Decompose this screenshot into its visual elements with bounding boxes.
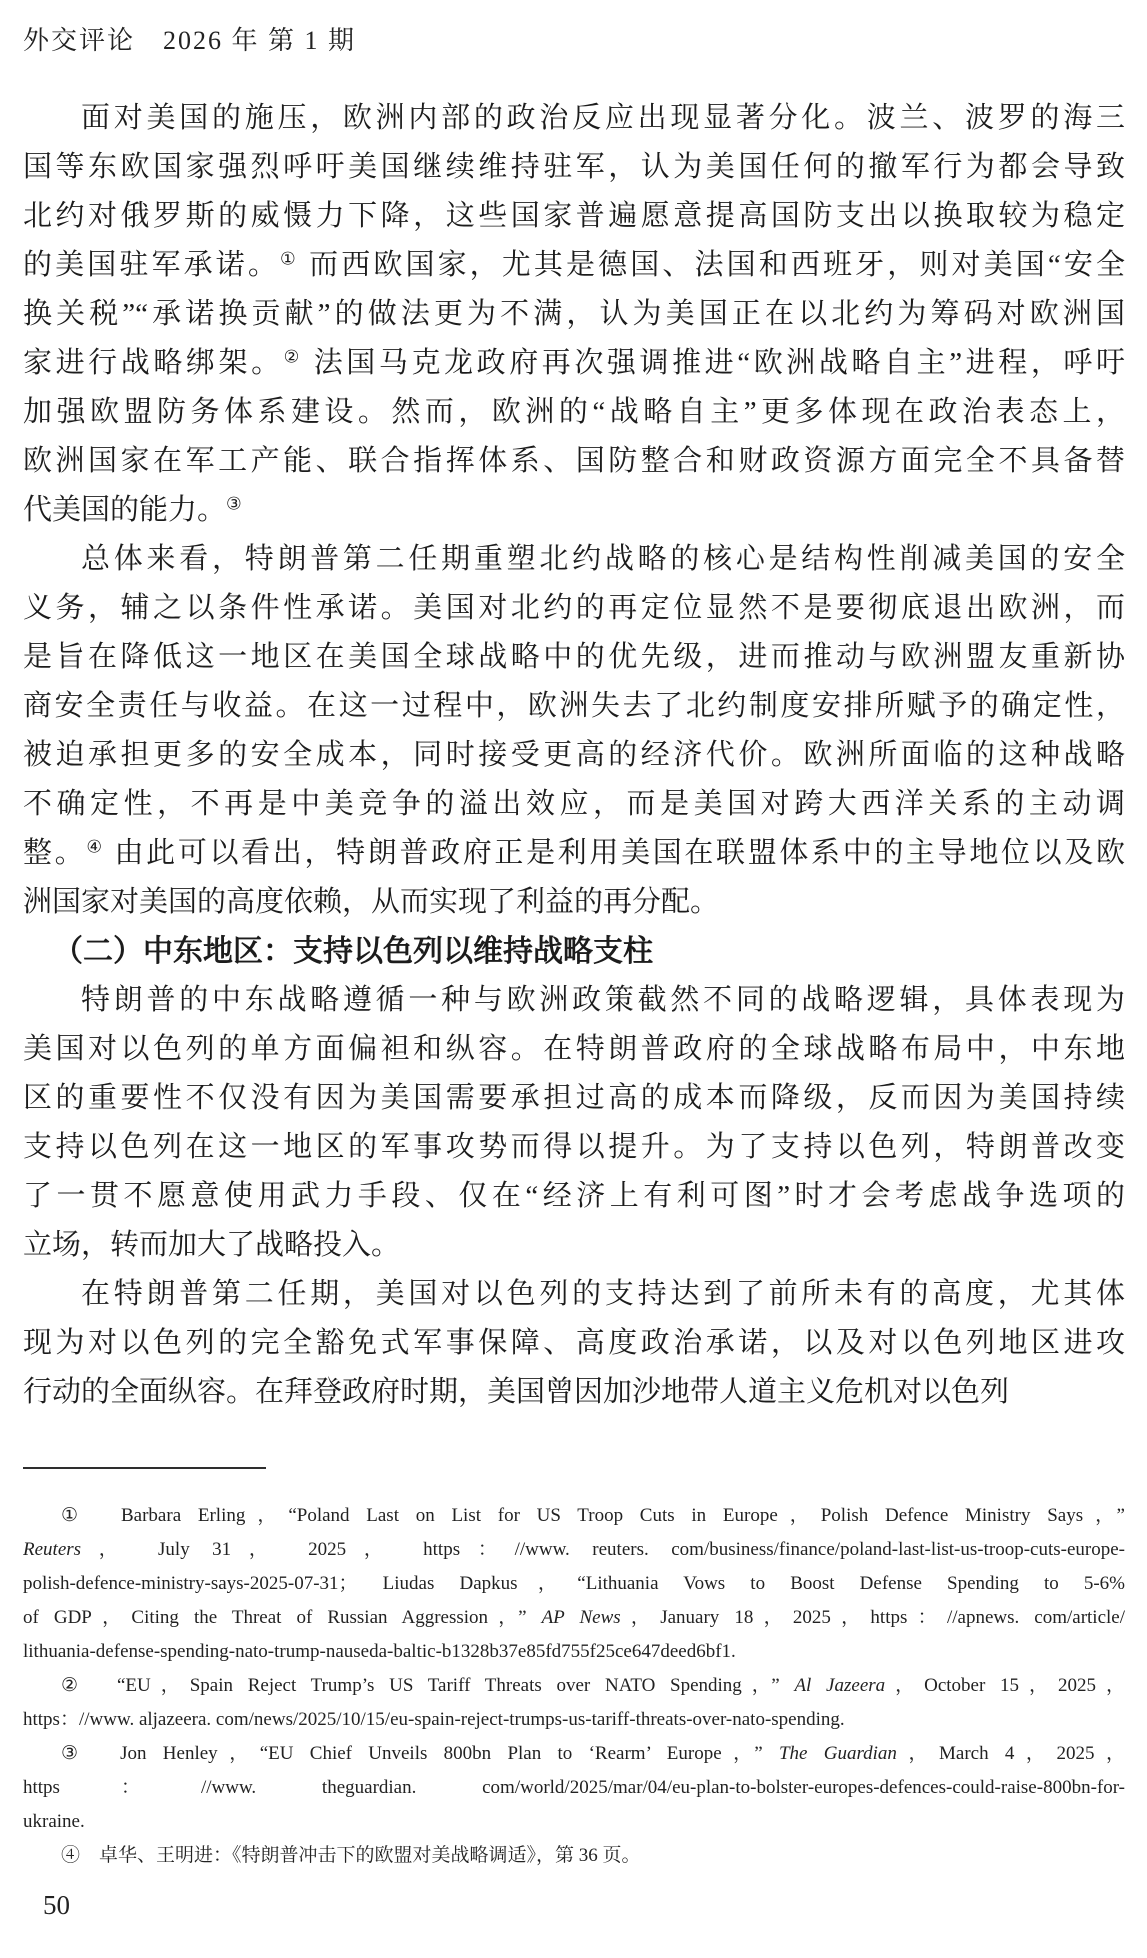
text-line: 支持以色列在这一地区的军事攻势而得以提升。为了支持以色列，特朗普改变 [23,1123,1125,1172]
footnote-ref-marker: ③ [226,493,242,513]
text-line: 商安全责任与收益。在这一过程中，欧洲失去了北约制度安排所赋予的确定性， [23,682,1125,731]
footnote: ③ Jon Henley，“EU Chief Unveils 800bn Pla… [23,1737,1125,1839]
text-line: 不确定性，不再是中美竞争的溢出效应，而是美国对跨大西洋关系的主动调 [23,780,1125,829]
paragraph: 在特朗普第二任期，美国对以色列的支持达到了前所未有的高度，尤其体现为对以色列的完… [23,1270,1125,1417]
text-line: 美国对以色列的单方面偏袒和纵容。在特朗普政府的全球战略布局中，中东地 [23,1025,1125,1074]
text-line: 行动的全面纵容。在拜登政府时期，美国曾因加沙地带人道主义危机对以色列 [23,1368,1125,1417]
text-line: 国等东欧国家强烈呼吁美国继续维持驻军，认为美国任何的撤军行为都会导致 [23,143,1125,192]
footnote-line: ④ 卓华、王明进：《特朗普冲击下的欧盟对美战略调适》，第 36 页。 [23,1839,1125,1873]
section-heading-line: （二）中东地区：支持以色列以维持战略支柱 [23,927,1125,976]
paragraph: 总体来看，特朗普第二任期重塑北约战略的核心是结构性削减美国的安全义务，辅之以条件… [23,535,1125,927]
text-line: 是旨在降低这一地区在美国全球战略中的优先级，进而推动与欧洲盟友重新协 [23,633,1125,682]
footnote-line: ② “EU，Spain Reject Trump’s US Tariff Thr… [23,1669,1125,1703]
footnote: ② “EU，Spain Reject Trump’s US Tariff Thr… [23,1669,1125,1737]
journal-header: 外交评论 2026 年 第 1 期 [23,24,1125,58]
footnote-line: https：//www. theguardian. com/world/2025… [23,1771,1125,1805]
section-heading: （二）中东地区：支持以色列以维持战略支柱 [23,927,1125,976]
text-line: 代美国的能力。③ [23,486,1125,535]
text-line: 北约对俄罗斯的威慑力下降，这些国家普遍愿意提高国防支出以换取较为稳定 [23,192,1125,241]
text-line: 被迫承担更多的安全成本，同时接受更高的经济代价。欧洲所面临的这种战略 [23,731,1125,780]
footnote-ref-marker: ① [280,248,299,268]
paragraph: 特朗普的中东战略遵循一种与欧洲政策截然不同的战略逻辑，具体表现为美国对以色列的单… [23,976,1125,1270]
text-line: 现为对以色列的完全豁免式军事保障、高度政治承诺，以及对以色列地区进攻 [23,1319,1125,1368]
text-line: 加强欧盟防务体系建设。然而，欧洲的“战略自主”更多体现在政治表态上， [23,388,1125,437]
text-line: 在特朗普第二任期，美国对以色列的支持达到了前所未有的高度，尤其体 [23,1270,1125,1319]
page-number: 50 [23,1889,1125,1921]
footnote-ref-marker: ② [284,346,303,366]
text-line: 家进行战略绑架。② 法国马克龙政府再次强调推进“欧洲战略自主”进程，呼吁 [23,339,1125,388]
footnote-separator [23,1467,266,1469]
footnote-line: Reuters， July 31， 2025， https：//www. reu… [23,1533,1125,1567]
journal-page: 外交评论 2026 年 第 1 期 面对美国的施压，欧洲内部的政治反应出现显著分… [0,0,1147,1958]
footnote-line: ukraine. [23,1805,1125,1839]
footnote: ④ 卓华、王明进：《特朗普冲击下的欧盟对美战略调适》，第 36 页。 [23,1839,1125,1873]
footnotes: ① Barbara Erling，“Poland Last on List fo… [23,1499,1125,1873]
text-line: 区的重要性不仅没有因为美国需要承担过高的成本而降级，反而因为美国持续 [23,1074,1125,1123]
text-line: 整。④ 由此可以看出，特朗普政府正是利用美国在联盟体系中的主导地位以及欧 [23,829,1125,878]
footnote: ① Barbara Erling，“Poland Last on List fo… [23,1499,1125,1669]
text-line: 的美国驻军承诺。① 而西欧国家，尤其是德国、法国和西班牙，则对美国“安全 [23,241,1125,290]
footnote-line: of GDP，Citing the Threat of Russian Aggr… [23,1601,1125,1635]
footnote-line: polish-defence-ministry-says-2025-07-31；… [23,1567,1125,1601]
text-line: 洲国家对美国的高度依赖，从而实现了利益的再分配。 [23,878,1125,927]
text-line: 了一贯不愿意使用武力手段、仅在“经济上有利可图”时才会考虑战争选项的 [23,1172,1125,1221]
paragraph: 面对美国的施压，欧洲内部的政治反应出现显著分化。波兰、波罗的海三国等东欧国家强烈… [23,94,1125,535]
text-line: 立场，转而加大了战略投入。 [23,1221,1125,1270]
article-body: 面对美国的施压，欧洲内部的政治反应出现显著分化。波兰、波罗的海三国等东欧国家强烈… [23,94,1125,1417]
footnote-line: ① Barbara Erling，“Poland Last on List fo… [23,1499,1125,1533]
footnote-line: lithuania-defense-spending-nato-trump-na… [23,1635,1125,1669]
footnote-line: https：//www. aljazeera. com/news/2025/10… [23,1703,1125,1737]
text-line: 欧洲国家在军工产能、联合指挥体系、国防整合和财政资源方面完全不具备替 [23,437,1125,486]
text-line: 换关税”“承诺换贡献”的做法更为不满，认为美国正在以北约为筹码对欧洲国 [23,290,1125,339]
text-line: 面对美国的施压，欧洲内部的政治反应出现显著分化。波兰、波罗的海三 [23,94,1125,143]
footnote-ref-marker: ④ [86,836,104,856]
text-line: 总体来看，特朗普第二任期重塑北约战略的核心是结构性削减美国的安全 [23,535,1125,584]
text-line: 义务，辅之以条件性承诺。美国对北约的再定位显然不是要彻底退出欧洲，而 [23,584,1125,633]
text-line: 特朗普的中东战略遵循一种与欧洲政策截然不同的战略逻辑，具体表现为 [23,976,1125,1025]
footnote-line: ③ Jon Henley，“EU Chief Unveils 800bn Pla… [23,1737,1125,1771]
